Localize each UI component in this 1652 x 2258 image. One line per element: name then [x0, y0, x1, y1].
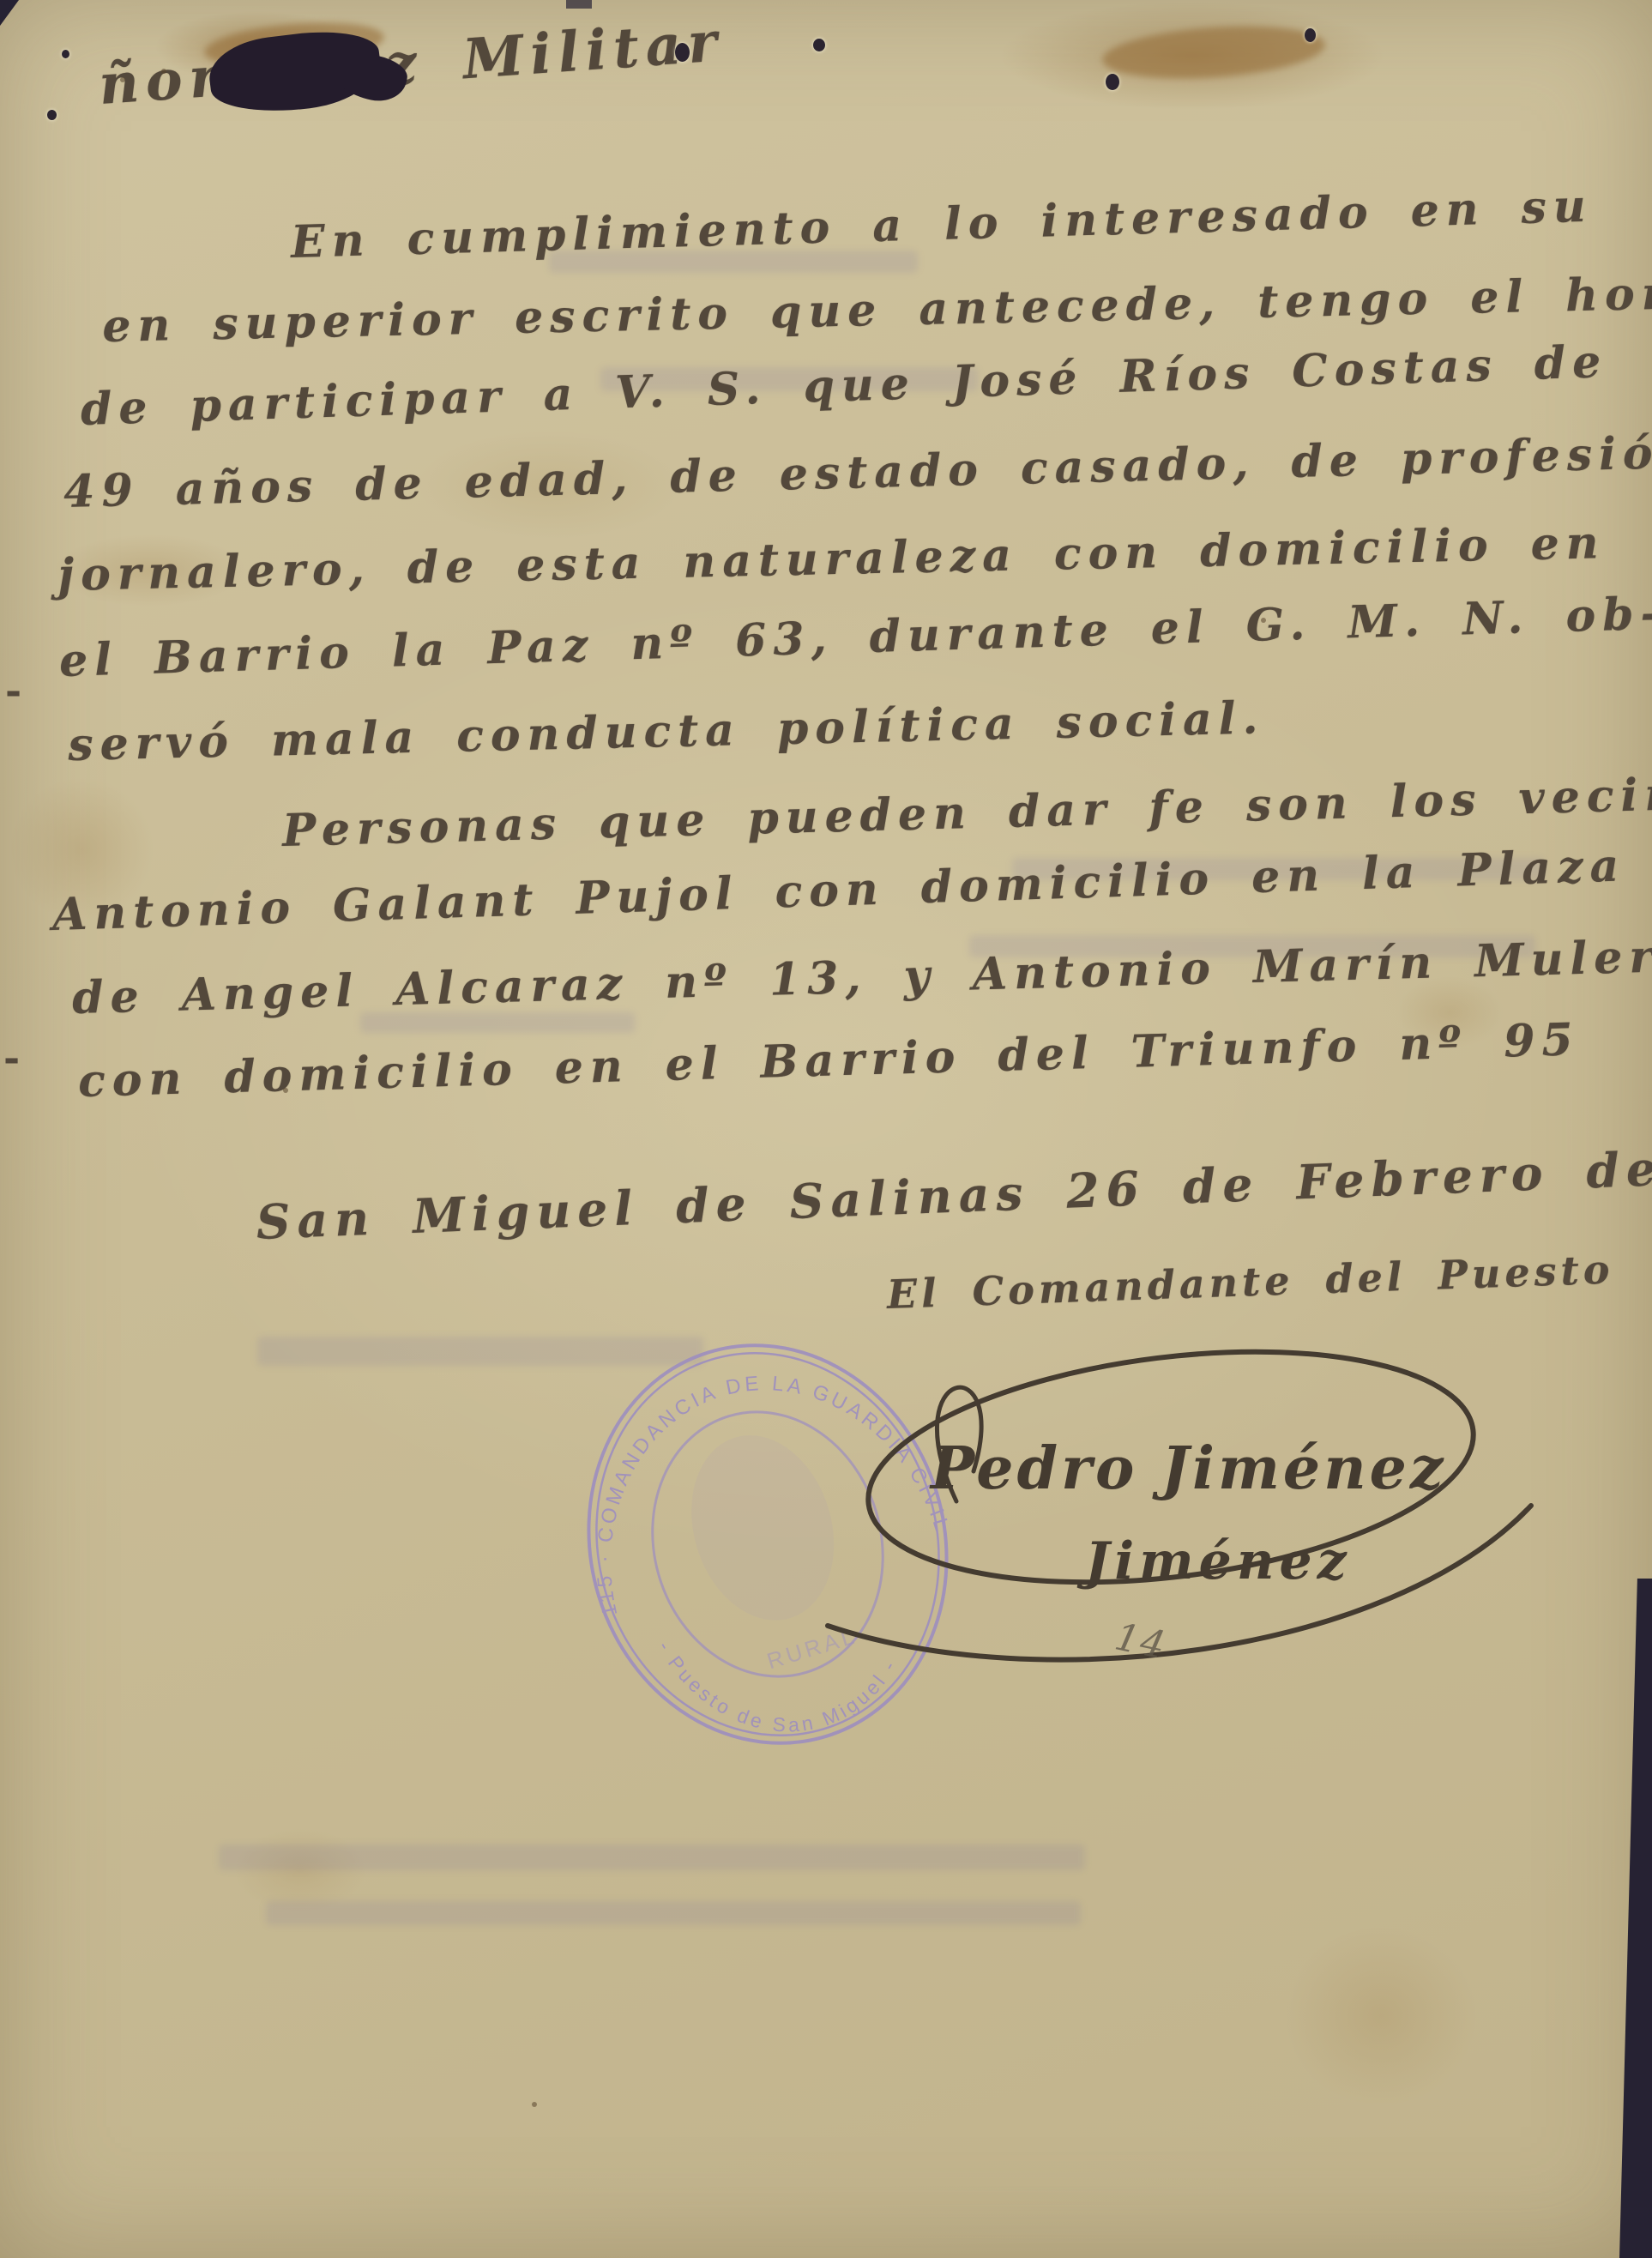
- body-line: 49 años de edad, de estado casado, de pr…: [63, 426, 1652, 518]
- body-line: de Angel Alcaraz nº 13, y Antonio Marín …: [71, 931, 1652, 1024]
- speck: [161, 69, 166, 74]
- scan-edge-corner: [0, 0, 19, 26]
- margin-dash: -: [5, 667, 21, 714]
- body-line: servó mala conducta política social.: [68, 691, 1266, 771]
- salutation: ñor Juez Militar: [97, 9, 726, 118]
- signature: Pedro Jiménez Jiménez: [755, 1287, 1595, 1699]
- ghost-typewriting: [266, 1901, 1081, 1925]
- body-line: en superior escrito que antecede, tengo …: [102, 266, 1652, 353]
- body-line: con domicilio en el Barrio del Triunfo n…: [77, 1013, 1580, 1108]
- scan-edge-top: [566, 0, 592, 9]
- speck: [120, 77, 125, 82]
- margin-dash: -: [3, 1035, 20, 1081]
- signature-rubric-text: Jiménez: [1076, 1531, 1352, 1591]
- staple-hole: [1305, 28, 1316, 42]
- signature-name-text: Pedro Jiménez: [929, 1434, 1447, 1503]
- ghost-typewriting: [219, 1844, 1085, 1870]
- body-line: Personas que pueden dar fe son los vecin…: [281, 766, 1652, 857]
- dateline: San Miguel de Salinas 26 de Febrero de 1…: [256, 1132, 1652, 1250]
- body-line: el Barrio la Paz nº 63, durante el G. M.…: [58, 587, 1652, 687]
- body-line: de participar a V. S. que José Ríos Cost…: [80, 335, 1608, 436]
- body-line: En cumplimiento a lo interesado en su: [290, 180, 1593, 269]
- staple-hole: [675, 43, 690, 62]
- speck: [532, 2102, 537, 2107]
- staple-hole: [813, 39, 825, 51]
- body-line: jornalero, de esta naturaleza con domici…: [57, 516, 1606, 601]
- speck: [1261, 618, 1266, 623]
- pin-hole: [62, 50, 69, 58]
- staple-hole: [1106, 74, 1119, 90]
- scan-edge-right: [1619, 1579, 1652, 2258]
- speck: [283, 1088, 288, 1093]
- stain-top-right: [1100, 20, 1326, 85]
- pin-hole: [47, 110, 57, 120]
- document-page: 115 · COMANDANCIA DE LA GUARDIA CIVIL - …: [0, 0, 1652, 2258]
